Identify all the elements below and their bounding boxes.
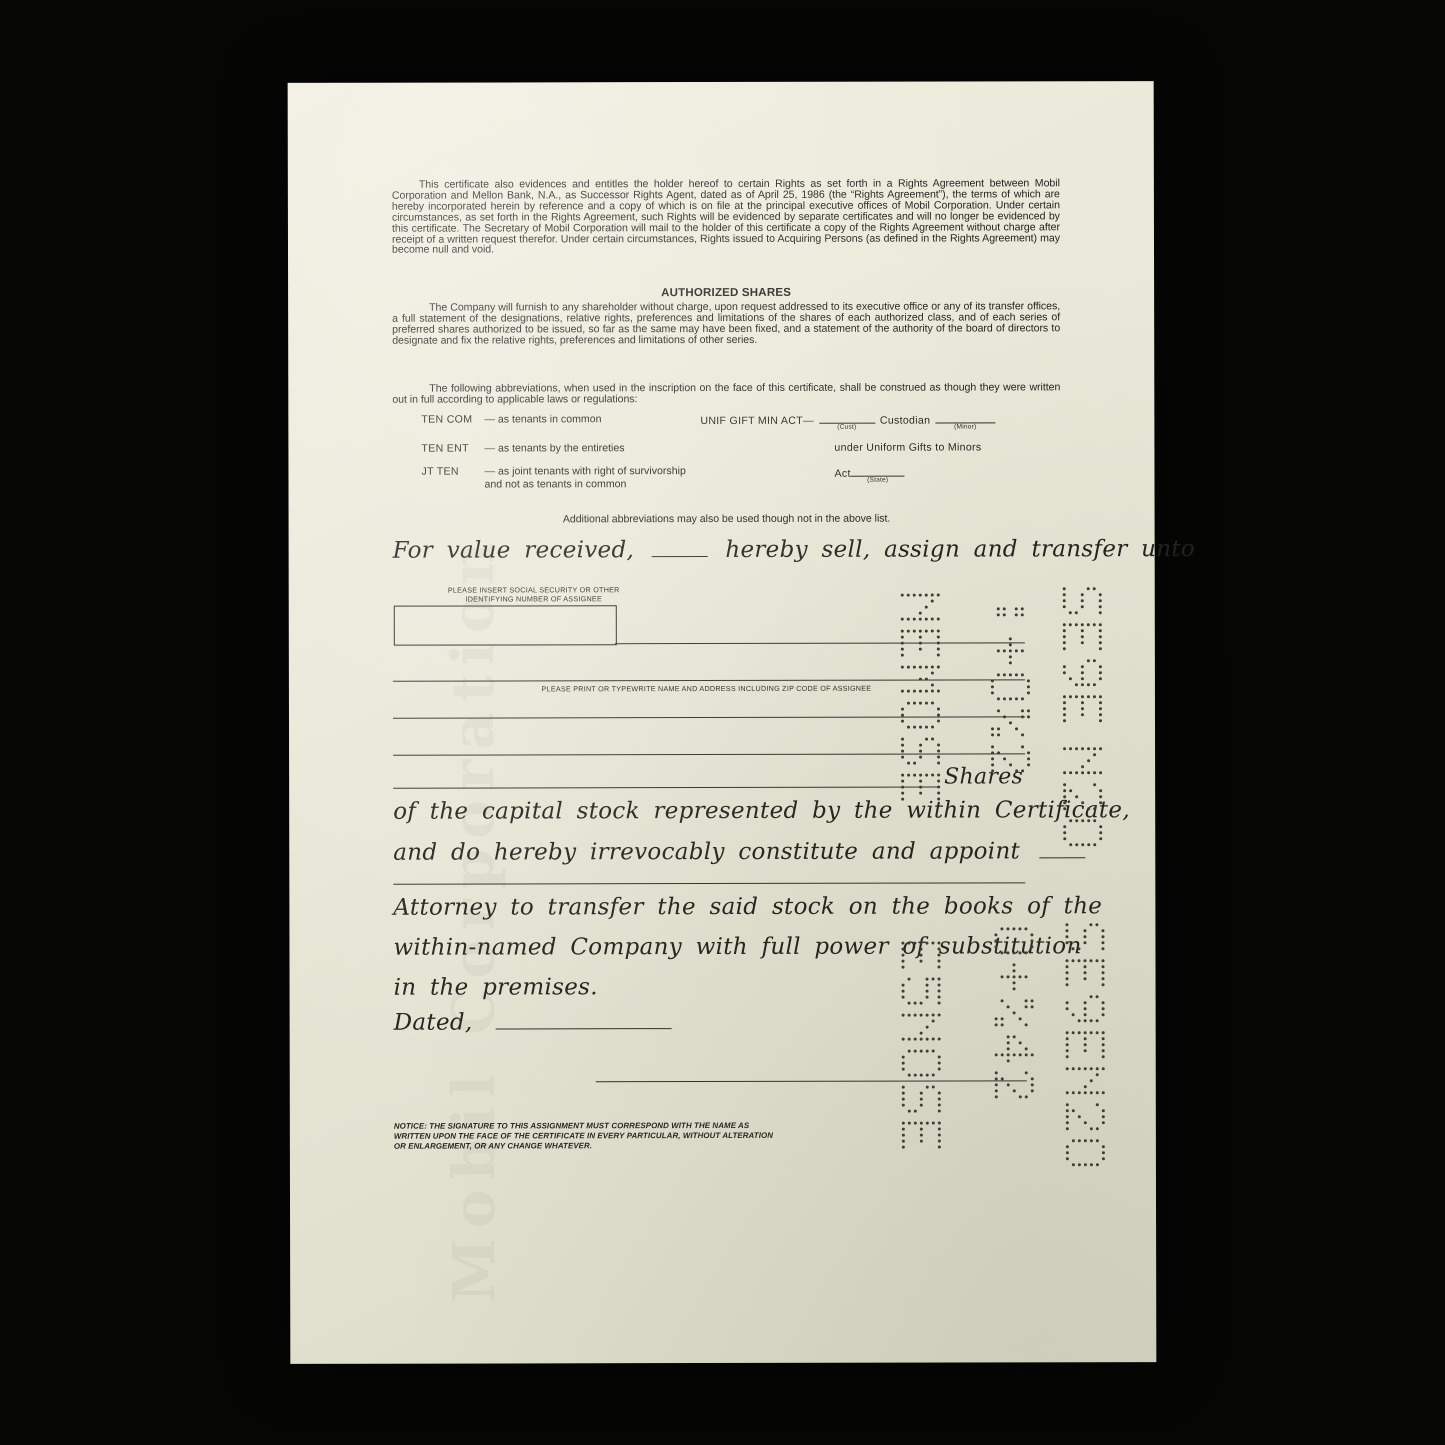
act-label: Act — [834, 468, 850, 480]
abbr-term-ten-com: TEN COM — [421, 414, 472, 426]
abbr-term-jt-ten: JT TEN — [421, 466, 458, 478]
signature-line — [596, 1080, 1027, 1082]
dated-label: Dated, — [394, 1010, 473, 1036]
ssn-instruction-line2: IDENTIFYING NUMBER OF ASSIGNEE — [409, 594, 659, 604]
signature-notice: NOTICE: THE SIGNATURE TO THIS ASSIGNMENT… — [394, 1121, 787, 1152]
assignment-line-4: Attorney to transfer the said stock on t… — [393, 893, 1102, 920]
address-instruction: PLEASE PRINT OR TYPEWRITE NAME AND ADDRE… — [434, 683, 979, 693]
assignment-line-6: in the premises. — [394, 974, 598, 1000]
show-through-watermark: Mobil Corporation — [439, 542, 561, 1302]
cust-blank: (Cust) — [819, 413, 875, 424]
unif-gift-line2: under Uniform Gifts to Minors — [834, 441, 981, 453]
date-blank — [496, 1027, 672, 1029]
authorized-shares-heading: AUTHORIZED SHARES — [392, 286, 1060, 299]
dated-row: Dated, — [394, 1009, 673, 1036]
act-row: Act (State) — [834, 466, 904, 480]
assignment-line-5: within-named Company with full power of … — [393, 933, 1081, 960]
authorized-shares-paragraph: The Company will furnish to any sharehol… — [392, 301, 1060, 346]
assignment-line-2: of the capital stock represented by the … — [393, 797, 1130, 825]
unif-gift-label: UNIF GIFT MIN ACT— — [700, 415, 814, 427]
abbreviations-intro: The following abbreviations, when used i… — [392, 382, 1060, 405]
assignment-line-1: For value received, hereby sell, assign … — [393, 536, 1195, 564]
address-line-1 — [615, 642, 1025, 644]
assignor-blank — [652, 555, 708, 557]
cust-sublabel: (Cust) — [819, 424, 875, 431]
state-sublabel: (State) — [851, 477, 905, 484]
abbr-def-ten-com: — as tenants in common — [484, 413, 724, 427]
ssn-box — [394, 605, 617, 645]
shares-line — [393, 787, 939, 789]
custodian-label: Custodian — [880, 415, 930, 427]
abbr-def-ten-ent: — as tenants by the entireties — [484, 442, 744, 456]
for-value-received-text: For value received, — [393, 537, 635, 564]
certificate-back-page: Mobil Corporation This certificate also … — [288, 81, 1157, 1364]
abbr-term-ten-ent: TEN ENT — [421, 443, 468, 455]
state-blank: (State) — [851, 466, 905, 477]
additional-abbreviations-note: Additional abbreviations may also be use… — [393, 513, 1061, 525]
constitute-appoint-text: and do hereby irrevocably constitute and… — [393, 838, 1020, 865]
rights-agreement-paragraph: This certificate also evidences and enti… — [392, 178, 1060, 256]
abbr-def-jt-ten: — as joint tenants with right of survivo… — [484, 465, 700, 491]
attorney-name-line — [393, 882, 1025, 884]
minor-sublabel: (Minor) — [935, 423, 995, 430]
photo-background: Mobil Corporation This certificate also … — [0, 0, 1445, 1445]
assignment-line-3: and do hereby irrevocably constitute and… — [393, 838, 1086, 865]
attorney-blank — [1040, 856, 1086, 858]
sell-assign-transfer-text: hereby sell, assign and transfer unto — [725, 536, 1195, 563]
minor-blank: (Minor) — [935, 412, 995, 423]
unif-gift-row: UNIF GIFT MIN ACT— (Cust) Custodian (Min… — [700, 412, 1000, 427]
